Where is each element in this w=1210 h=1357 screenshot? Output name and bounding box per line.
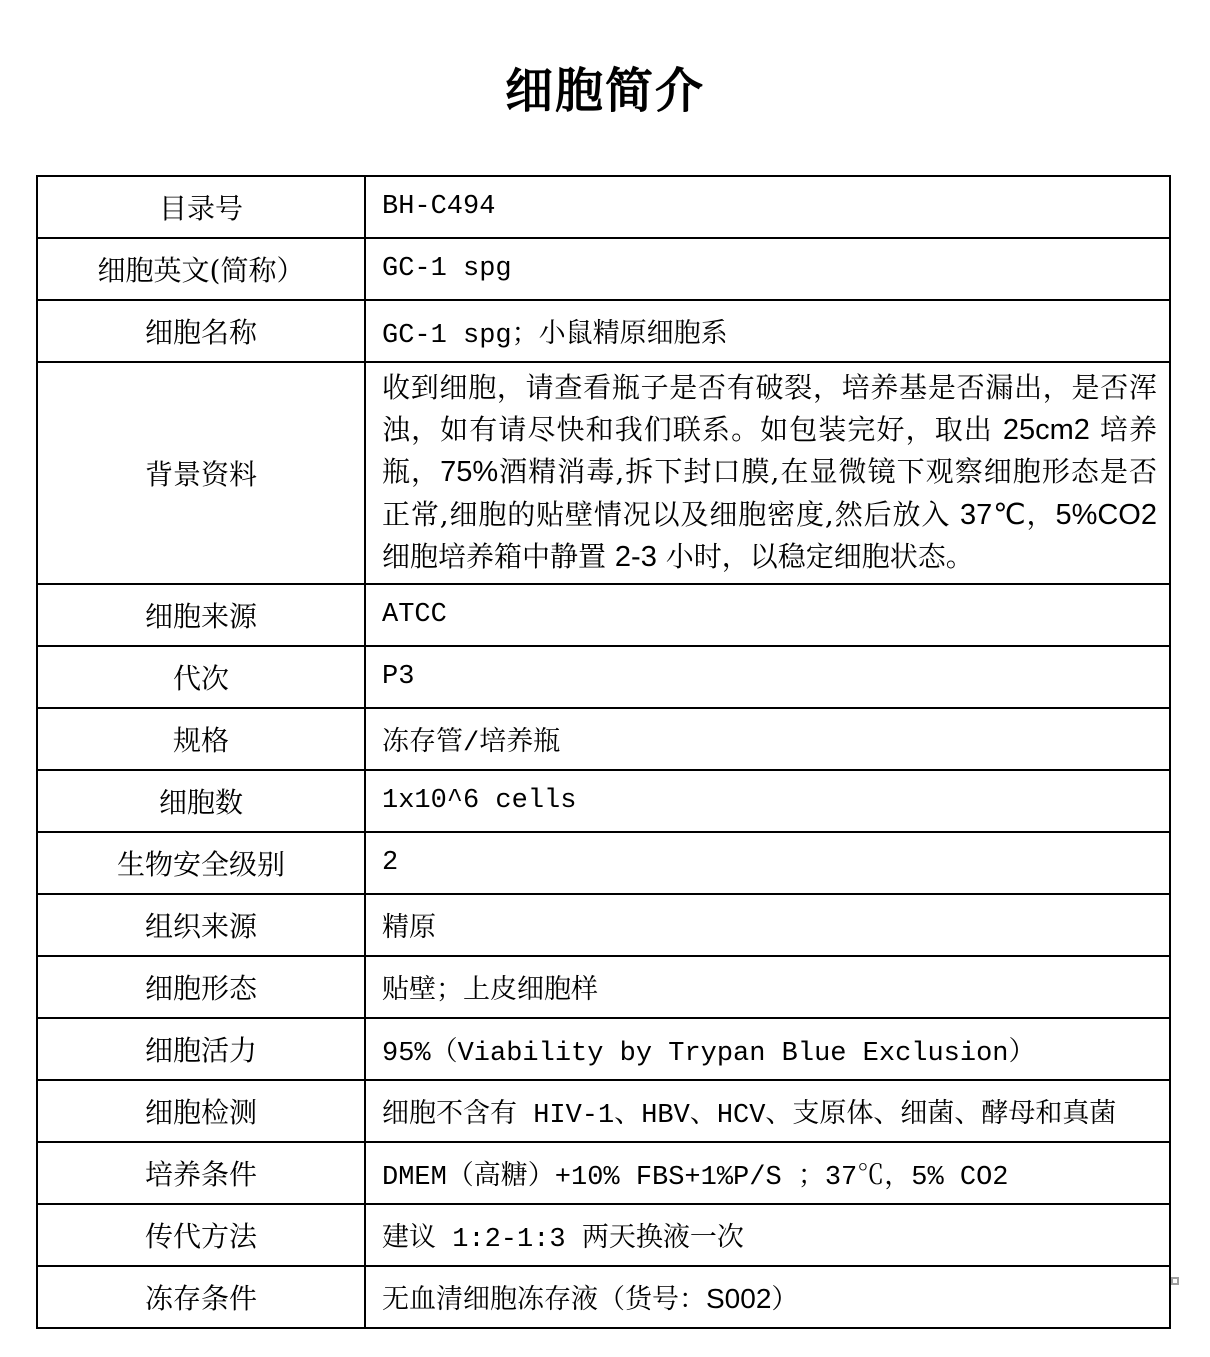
table-row-biosafety-level: 生物安全级别 2 bbox=[37, 832, 1170, 894]
cell-info-table: 目录号 BH-C494 细胞英文(简称） GC-1 spg 细胞名称 GC-1 … bbox=[36, 175, 1171, 1329]
value-catalog-number: BH-C494 bbox=[365, 176, 1170, 238]
background-text-segment: 2-3 bbox=[615, 541, 657, 573]
label-biosafety-level: 生物安全级别 bbox=[37, 832, 365, 894]
cryopreservation-text-segment: ） bbox=[771, 1284, 798, 1315]
table-row-cell-english-name: 细胞英文(简称） GC-1 spg bbox=[37, 238, 1170, 300]
value-cryopreservation-conditions: 无血清细胞冻存液（货号：S002） bbox=[365, 1266, 1170, 1328]
table-row-cell-morphology: 细胞形态 贴壁；上皮细胞样 bbox=[37, 956, 1170, 1018]
label-culture-conditions: 培养条件 bbox=[37, 1142, 365, 1204]
label-cryopreservation-conditions: 冻存条件 bbox=[37, 1266, 365, 1328]
label-catalog-number: 目录号 bbox=[37, 176, 365, 238]
label-cell-morphology: 细胞形态 bbox=[37, 956, 365, 1018]
table-row-cell-testing: 细胞检测 细胞不含有 HIV-1、HBV、HCV、支原体、细菌、酵母和真菌 bbox=[37, 1080, 1170, 1142]
corner-marker-icon bbox=[1171, 1277, 1179, 1285]
table-row-culture-conditions: 培养条件 DMEM（高糖）+10% FBS+1%P/S ；37℃，5% CO2 bbox=[37, 1142, 1170, 1204]
label-passaging-method: 传代方法 bbox=[37, 1204, 365, 1266]
table-row-passage-number: 代次 P3 bbox=[37, 646, 1170, 708]
table-row-cell-source: 细胞来源 ATCC bbox=[37, 584, 1170, 646]
table-row-catalog-number: 目录号 BH-C494 bbox=[37, 176, 1170, 238]
table-row-background-info: 背景资料 收到细胞，请查看瓶子是否有破裂，培养基是否漏出，是否浑浊，如有请尽快和… bbox=[37, 362, 1170, 584]
label-tissue-source: 组织来源 bbox=[37, 894, 365, 956]
label-cell-count: 细胞数 bbox=[37, 770, 365, 832]
value-cell-testing: 细胞不含有 HIV-1、HBV、HCV、支原体、细菌、酵母和真菌 bbox=[365, 1080, 1170, 1142]
background-text-segment: 细胞培养箱中静置 bbox=[382, 540, 615, 573]
table-row-specification: 规格 冻存管/培养瓶 bbox=[37, 708, 1170, 770]
label-background-info: 背景资料 bbox=[37, 362, 365, 584]
value-specification: 冻存管/培养瓶 bbox=[365, 708, 1170, 770]
value-passaging-method: 建议 1:2-1:3 两天换液一次 bbox=[365, 1204, 1170, 1266]
background-text-segment: 小时，以稳定细胞状态。 bbox=[657, 540, 974, 573]
value-tissue-source: 精原 bbox=[365, 894, 1170, 956]
table-row-cell-count: 细胞数 1x10^6 cells bbox=[37, 770, 1170, 832]
value-cell-english-name: GC-1 spg bbox=[365, 238, 1170, 300]
cryopreservation-text-segment: S002 bbox=[706, 1283, 771, 1314]
table-row-tissue-source: 组织来源 精原 bbox=[37, 894, 1170, 956]
table-row-cryopreservation-conditions: 冻存条件 无血清细胞冻存液（货号：S002） bbox=[37, 1266, 1170, 1328]
table-row-cell-name: 细胞名称 GC-1 spg；小鼠精原细胞系 bbox=[37, 300, 1170, 362]
table-row-passaging-method: 传代方法 建议 1:2-1:3 两天换液一次 bbox=[37, 1204, 1170, 1266]
label-cell-english-name: 细胞英文(简称） bbox=[37, 238, 365, 300]
background-text-segment: 37℃ bbox=[960, 499, 1027, 531]
value-background-info: 收到细胞，请查看瓶子是否有破裂，培养基是否漏出，是否浑浊，如有请尽快和我们联系。… bbox=[365, 362, 1170, 584]
label-cell-name: 细胞名称 bbox=[37, 300, 365, 362]
value-cell-name: GC-1 spg；小鼠精原细胞系 bbox=[365, 300, 1170, 362]
value-cell-viability: 95%（Viability by Trypan Blue Exclusion） bbox=[365, 1018, 1170, 1080]
label-cell-viability: 细胞活力 bbox=[37, 1018, 365, 1080]
background-text-segment: 5%CO2 bbox=[1055, 499, 1157, 531]
table-row-cell-viability: 细胞活力 95%（Viability by Trypan Blue Exclus… bbox=[37, 1018, 1170, 1080]
background-text-segment: 25cm2 bbox=[1003, 414, 1090, 446]
page-title: 细胞简介 bbox=[0, 52, 1210, 121]
label-cell-source: 细胞来源 bbox=[37, 584, 365, 646]
value-biosafety-level: 2 bbox=[365, 832, 1170, 894]
label-passage-number: 代次 bbox=[37, 646, 365, 708]
background-text-segment: ， bbox=[1027, 498, 1056, 531]
value-cell-source: ATCC bbox=[365, 584, 1170, 646]
value-cell-morphology: 贴壁；上皮细胞样 bbox=[365, 956, 1170, 1018]
label-specification: 规格 bbox=[37, 708, 365, 770]
cryopreservation-text-segment: 无血清细胞冻存液（货号： bbox=[382, 1284, 706, 1315]
background-text-segment: 75% bbox=[440, 456, 498, 488]
value-culture-conditions: DMEM（高糖）+10% FBS+1%P/S ；37℃，5% CO2 bbox=[365, 1142, 1170, 1204]
value-passage-number: P3 bbox=[365, 646, 1170, 708]
label-cell-testing: 细胞检测 bbox=[37, 1080, 365, 1142]
value-cell-count: 1x10^6 cells bbox=[365, 770, 1170, 832]
